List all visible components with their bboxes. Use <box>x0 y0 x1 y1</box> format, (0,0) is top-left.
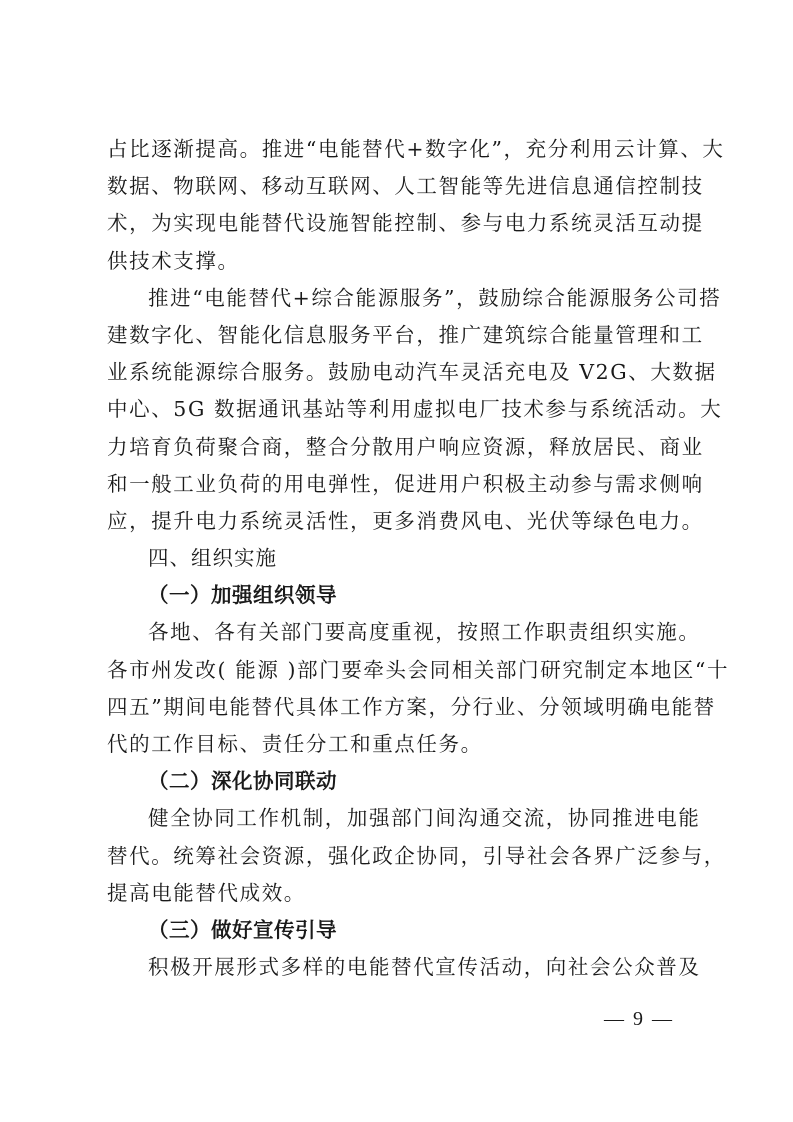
text-line: 占比逐渐提高。推进“电能替代+数字化”，充分利用云计算、大 <box>107 131 690 168</box>
text-line: 各市州发改( 能源 )部门要牵头会同相关部门研究制定本地区“十 <box>107 652 690 689</box>
text-line: 建数字化、智能化信息服务平台，推广建筑综合能量管理和工 <box>107 317 690 354</box>
text-line: 应，提升电力系统灵活性，更多消费风电、光伏等绿色电力。 <box>107 503 690 540</box>
paragraph-digitalization: 占比逐渐提高。推进“电能替代+数字化”，充分利用云计算、大 数据、物联网、移动互… <box>107 131 690 280</box>
text-line: 健全协同工作机制，加强部门间沟通交流，协同推进电能 <box>107 800 690 837</box>
paragraph-integrated-energy-services: 推进“电能替代+综合能源服务”，鼓励综合能源服务公司搭 建数字化、智能化信息服务… <box>107 280 690 540</box>
text-line: 提高电能替代成效。 <box>107 875 690 912</box>
text-line: 业系统能源综合服务。鼓励电动汽车灵活充电及 V2G、大数据 <box>107 354 690 391</box>
subsection-heading-coordination: （二）深化协同联动 <box>107 763 690 800</box>
paragraph-coordination: 健全协同工作机制，加强部门间沟通交流，协同推进电能 替代。统筹社会资源，强化政企… <box>107 800 690 912</box>
text-line: 各地、各有关部门要高度重视，按照工作职责组织实施。 <box>107 614 690 651</box>
text-line: 力培育负荷聚合商，整合分散用户响应资源，释放居民、商业 <box>107 429 690 466</box>
paragraph-publicity: 积极开展形式多样的电能替代宣传活动，向社会公众普及 <box>107 949 690 986</box>
text-line: 数据、物联网、移动互联网、人工智能等先进信息通信控制技 <box>107 168 690 205</box>
text-line: 积极开展形式多样的电能替代宣传活动，向社会公众普及 <box>107 949 690 986</box>
document-page: 占比逐渐提高。推进“电能替代+数字化”，充分利用云计算、大 数据、物联网、移动互… <box>107 131 690 986</box>
text-line: 和一般工业负荷的用电弹性，促进用户积极主动参与需求侧响 <box>107 466 690 503</box>
page-number: — 9 — <box>604 1008 674 1031</box>
text-line: 推进“电能替代+综合能源服务”，鼓励综合能源服务公司搭 <box>107 280 690 317</box>
text-line: 供技术支撑。 <box>107 243 690 280</box>
section-heading-organization: 四、组织实施 <box>107 540 690 577</box>
text-line: 中心、5G 数据通讯基站等利用虚拟电厂技术参与系统活动。大 <box>107 391 690 428</box>
text-line: 四五”期间电能替代具体工作方案，分行业、分领域明确电能替 <box>107 689 690 726</box>
subsection-heading-leadership: （一）加强组织领导 <box>107 577 690 614</box>
text-line: 替代。统筹社会资源，强化政企协同，引导社会各界广泛参与， <box>107 838 690 875</box>
subsection-heading-publicity: （三）做好宣传引导 <box>107 912 690 949</box>
paragraph-leadership: 各地、各有关部门要高度重视，按照工作职责组织实施。 各市州发改( 能源 )部门要… <box>107 614 690 763</box>
text-line: 代的工作目标、责任分工和重点任务。 <box>107 726 690 763</box>
text-line: 术，为实现电能替代设施智能控制、参与电力系统灵活互动提 <box>107 205 690 242</box>
